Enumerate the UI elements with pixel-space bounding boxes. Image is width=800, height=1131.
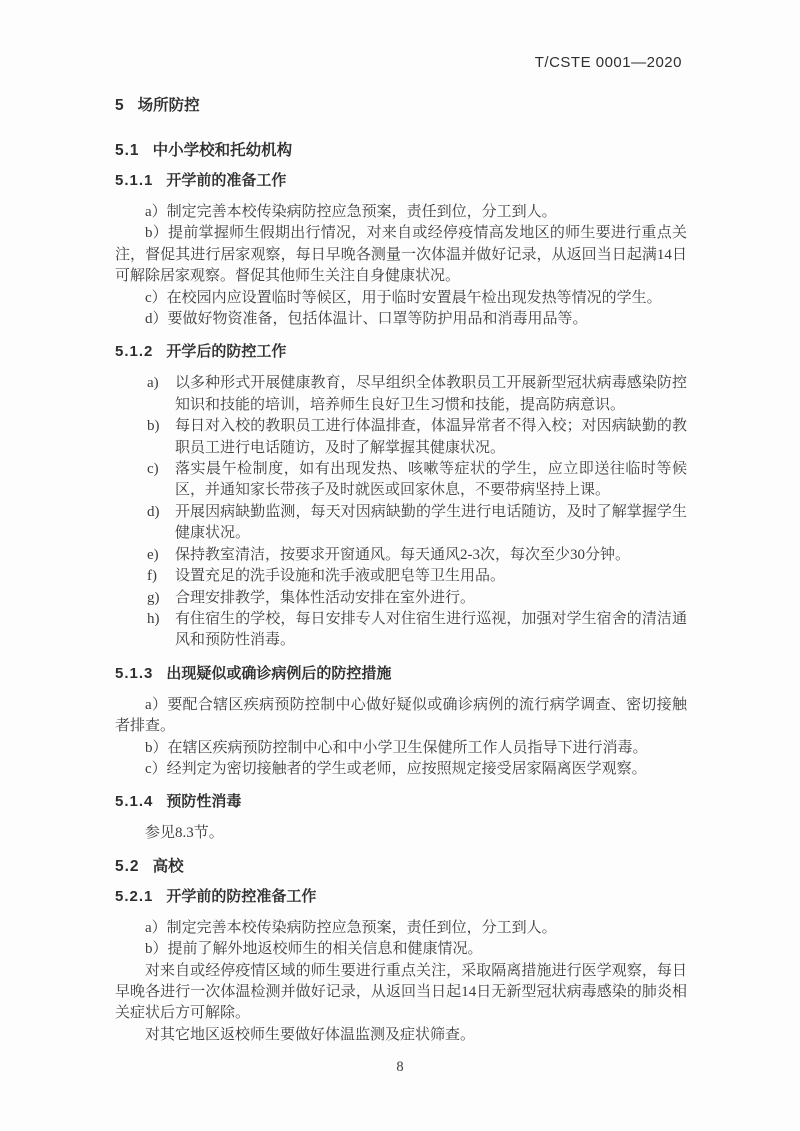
item-label: d） [145,311,168,327]
item-text: 有住宿生的学校，每日安排专人对住宿生进行巡视，加强对学生宿舍的清洁通风和预防性消… [175,611,687,648]
list-item: a）制定完善本校传染病防控应急预案，责任到位，分工到人。 [115,918,687,939]
item-label: b） [145,941,168,957]
list-item: c）经判定为密切接触者的学生或老师，应按照规定接受居家隔离医学观察。 [115,759,687,780]
section-5-heading: 5场所防控 [115,98,687,114]
item-text: 保持教室清洁，按要求开窗通风。每天通风2-3次，每次至少30分钟。 [175,547,630,563]
item-label: c) [147,459,159,480]
section-number: 5.1.3 [115,666,153,682]
item-text: 设置充足的洗手设施和洗手液或肥皂等卫生用品。 [175,568,505,584]
list-item: b)每日对入校的教职员工进行体温排查，体温异常者不得入校；对因病缺勤的教职员工进… [115,416,687,459]
paragraph: 对其它地区返校师生要做好体温监测及症状筛查。 [115,1025,687,1046]
paragraph: 对来自或经停疫情区域的师生要进行重点关注，采取隔离措施进行医学观察，每日早晚各进… [115,961,687,1025]
section-title: 预防性消毒 [166,793,241,810]
section-number: 5.1.4 [115,794,153,810]
section-number: 5.2.1 [115,889,153,905]
item-label: d) [147,502,160,523]
section-number: 5.2 [115,859,140,875]
list-item: d）要做好物资准备，包括体温计、口罩等防护用品和消毒用品等。 [115,309,687,330]
section-5-2-heading: 5.2高校 [115,859,687,875]
page-number: 8 [0,1059,800,1076]
list-item: h)有住宿生的学校，每日安排专人对住宿生进行巡视，加强对学生宿舍的清洁通风和预防… [115,609,687,652]
item-label: e) [147,545,159,566]
list-item: a）制定完善本校传染病防控应急预案，责任到位，分工到人。 [115,202,687,223]
section-5-2-1-heading: 5.2.1开学前的防控准备工作 [115,889,687,905]
list-item: b）在辖区疾病预防控制中心和中小学卫生保健所工作人员指导下进行消毒。 [115,738,687,759]
item-text: 提前掌握师生假期出行情况，对来自或经停疫情高发地区的师生要进行重点关注，督促其进… [115,225,687,284]
list-item: d)开展因病缺勤监测，每天对因病缺勤的学生进行电话随访，及时了解掌握学生健康状况… [115,502,687,545]
list-item: c)落实晨午检制度，如有出现发热、咳嗽等症状的学生，应立即送往临时等候区，并通知… [115,459,687,502]
section-title: 出现疑似或确诊病例后的防控措施 [166,665,391,682]
item-label: c） [145,290,167,306]
item-label: g) [147,588,160,609]
section-5-1-3-heading: 5.1.3出现疑似或确诊病例后的防控措施 [115,666,687,682]
lettered-list: a)以多种形式开展健康教育，尽早组织全体教职员工开展新型冠状病毒感染防控知识和技… [115,373,687,651]
section-5-1-heading: 5.1中小学校和托幼机构 [115,143,687,159]
item-text: 合理安排教学，集体性活动安排在室外进行。 [175,590,475,606]
section-5-1-2-heading: 5.1.2开学后的防控工作 [115,344,687,360]
list-item: f)设置充足的洗手设施和洗手液或肥皂等卫生用品。 [115,566,687,587]
item-text: 经判定为密切接触者的学生或老师，应按照规定接受居家隔离医学观察。 [167,761,647,777]
document-content: 5场所防控 5.1中小学校和托幼机构 5.1.1开学前的准备工作 a）制定完善本… [115,92,687,1046]
section-title: 场所防控 [138,97,200,114]
list-item: c）在校园内应设置临时等候区，用于临时安置晨午检出现发热等情况的学生。 [115,288,687,309]
item-label: a) [147,373,159,394]
list-item: g)合理安排教学，集体性活动安排在室外进行。 [115,588,687,609]
item-label: a） [145,204,167,220]
list-item: e)保持教室清洁，按要求开窗通风。每天通风2-3次，每次至少30分钟。 [115,545,687,566]
item-label: h) [147,609,160,630]
section-number: 5.1.1 [115,173,153,189]
item-text: 要做好物资准备，包括体温计、口罩等防护用品和消毒用品等。 [168,311,588,327]
section-5-1-4-heading: 5.1.4预防性消毒 [115,794,687,810]
section-title: 开学后的防控工作 [166,343,286,360]
list-item: a)以多种形式开展健康教育，尽早组织全体教职员工开展新型冠状病毒感染防控知识和技… [115,373,687,416]
list-item: a）要配合辖区疾病预防控制中心做好疑似或确诊病例的流行病学调查、密切接触者排查。 [115,695,687,738]
section-5-1-1-heading: 5.1.1开学前的准备工作 [115,173,687,189]
item-text: 以多种形式开展健康教育，尽早组织全体教职员工开展新型冠状病毒感染防控知识和技能的… [175,375,687,412]
document-page: T/CSTE 0001—2020 5场所防控 5.1中小学校和托幼机构 5.1.… [0,0,800,1131]
paragraph: 参见8.3节。 [115,823,687,844]
section-title: 开学前的准备工作 [166,172,286,189]
section-number: 5.1.2 [115,344,153,360]
item-text: 开展因病缺勤监测，每天对因病缺勤的学生进行电话随访，及时了解掌握学生健康状况。 [175,504,687,541]
item-text: 落实晨午检制度，如有出现发热、咳嗽等症状的学生，应立即送往临时等候区，并通知家长… [175,461,687,498]
item-label: f) [147,566,157,587]
item-label: c） [145,761,167,777]
item-text: 制定完善本校传染病防控应急预案，责任到位，分工到人。 [167,204,557,220]
item-label: b) [147,416,160,437]
doc-number: T/CSTE 0001—2020 [535,54,682,71]
list-item: b）提前了解外地返校师生的相关信息和健康情况。 [115,939,687,960]
item-text: 制定完善本校传染病防控应急预案，责任到位，分工到人。 [167,920,557,936]
section-number: 5.1 [115,143,140,159]
section-title: 开学前的防控准备工作 [166,888,316,905]
item-text: 每日对入校的教职员工进行体温排查，体温异常者不得入校；对因病缺勤的教职员工进行电… [175,418,687,455]
item-label: a） [145,697,167,713]
item-label: b） [145,225,168,241]
item-text: 在辖区疾病预防控制中心和中小学卫生保健所工作人员指导下进行消毒。 [168,740,648,756]
item-label: b） [145,740,168,756]
item-text: 要配合辖区疾病预防控制中心做好疑似或确诊病例的流行病学调查、密切接触者排查。 [115,697,687,734]
section-title: 高校 [153,858,184,875]
list-item: b）提前掌握师生假期出行情况，对来自或经停疫情高发地区的师生要进行重点关注，督促… [115,223,687,287]
item-text: 提前了解外地返校师生的相关信息和健康情况。 [168,941,483,957]
item-text: 在校园内应设置临时等候区，用于临时安置晨午检出现发热等情况的学生。 [167,290,662,306]
section-title: 中小学校和托幼机构 [153,142,293,159]
section-number: 5 [115,98,125,114]
item-label: a） [145,920,167,936]
